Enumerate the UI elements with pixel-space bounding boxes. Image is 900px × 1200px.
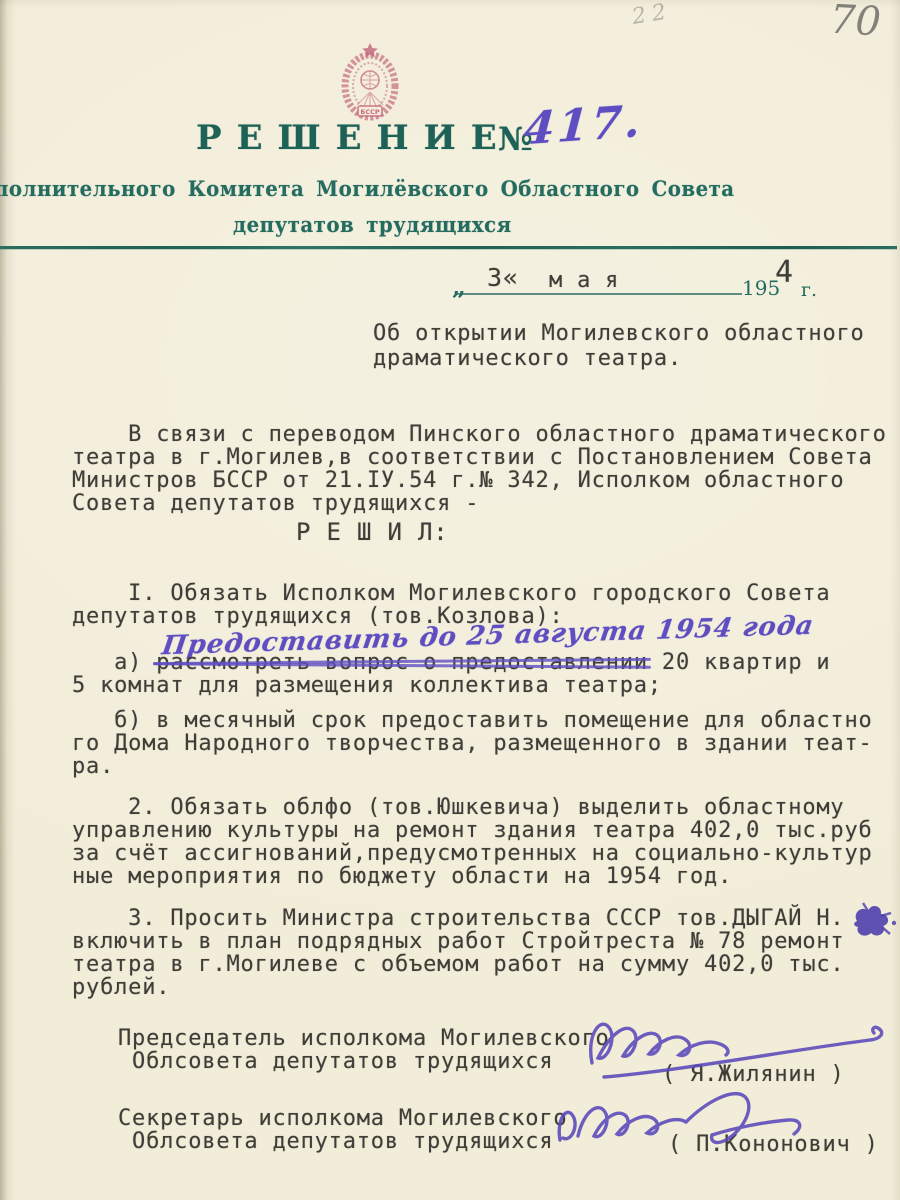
item-3-line: рублей. (72, 976, 900, 999)
pencil-mark-faint: 22 (630, 0, 673, 30)
subject-line2: драматического театра. (373, 346, 865, 371)
item-b-line: ра. (72, 755, 900, 778)
signatory-title-line: Облсовета депутатов трудящихся (118, 1050, 610, 1073)
item-b: б) в месячный срок предоставить помещени… (72, 709, 900, 778)
item-2-line: за счёт ассигнований,предусмотренных на … (72, 842, 900, 865)
emblem-svg: БССР (328, 40, 412, 126)
item-a-line2: 5 комнат для размещения коллектива театр… (72, 674, 662, 697)
svg-text:БССР: БССР (360, 108, 379, 116)
decree-title: РЕШЕНИЕ (196, 118, 512, 158)
date-month: м а я (549, 269, 619, 292)
date-underline (456, 293, 742, 295)
item-a-line1: а) рассмотреть вопрос о предоставлении 2… (72, 651, 830, 674)
preamble-line: В связи с переводом Пинского областного … (72, 423, 900, 446)
signature-block-secretary: Секретарь исполкома Могилевского Облсове… (118, 1107, 567, 1153)
item-3-line: включить в план подрядных работ Стройтре… (72, 930, 900, 953)
item-2-line: ные мероприятия по бюджету области на 19… (72, 865, 900, 888)
org-name-line2: депутатов трудящихся (233, 212, 512, 237)
subject-block: Об открытии Могилевского областного драм… (373, 321, 865, 371)
preamble-paragraph: В связи с переводом Пинского областного … (72, 423, 900, 515)
preamble-line: Совета депутатов трудящихся - (72, 492, 900, 515)
pencil-page-number: 70 (829, 0, 882, 45)
date-day: 3« (487, 266, 519, 289)
violet-ink-blot-icon (849, 901, 897, 949)
header-rule (0, 246, 897, 249)
org-name-line1: полнительного Комитета Могилёвского Обла… (0, 176, 735, 201)
date-era: г. (801, 279, 817, 301)
item-2-line: 2. Обязать облфо (тов.Юшкевича) выделить… (72, 796, 900, 819)
decision-number-handwritten: 417. (522, 96, 644, 156)
resolved-heading: Р Е Ш И Л: (296, 521, 449, 544)
item-3-line: театра в г.Могилеве с объемом работ на с… (72, 953, 900, 976)
signatory-title-line: Председатель исполкома Могилевского (118, 1027, 610, 1050)
item-2: 2. Обязать облфо (тов.Юшкевича) выделить… (72, 796, 900, 888)
secretary-ink-signature (548, 1078, 828, 1172)
item-2-line: управлению культуры на ремонт здания теа… (72, 819, 900, 842)
date-year-typed: 4 (775, 261, 794, 284)
item-b-line: б) в месячный срок предоставить помещени… (72, 709, 900, 732)
preamble-line: театра в г.Могилев,в соответствии с Пост… (72, 446, 900, 469)
signature-block-chairman: Председатель исполкома Могилевского Облс… (118, 1027, 610, 1073)
preamble-line: Министров БССР от 21.IУ.54 г.№ 342, Испо… (72, 469, 900, 492)
item-1-line: I. Обязать Исполком Могилевского городск… (72, 582, 900, 605)
date-open-quote: „ (452, 272, 466, 301)
item-a-struck-text: рассмотреть вопрос о предоставлении (156, 651, 648, 674)
item-b-line: го Дома Народного творчества, размещенно… (72, 732, 900, 755)
signatory-title-line: Секретарь исполкома Могилевского (118, 1107, 567, 1130)
item-a-rest: 20 квартир и (648, 650, 831, 675)
ink-blot-svg (849, 901, 897, 945)
secretary-signature-svg (548, 1078, 828, 1168)
item-a-prefix: а) (72, 650, 156, 675)
signatory-title-line: Облсовета депутатов трудящихся (118, 1130, 567, 1153)
scanned-decree-page: 22 70 БССР РЕШЕНИЕ № 417. полнительного … (0, 0, 900, 1200)
bssr-coat-of-arms-stamp-icon: БССР (328, 40, 412, 130)
item-3-line: 3. Просить Министра строительства СССР т… (72, 907, 900, 930)
item-3: 3. Просить Министра строительства СССР т… (72, 907, 900, 999)
subject-line1: Об открытии Могилевского областного (373, 321, 865, 346)
